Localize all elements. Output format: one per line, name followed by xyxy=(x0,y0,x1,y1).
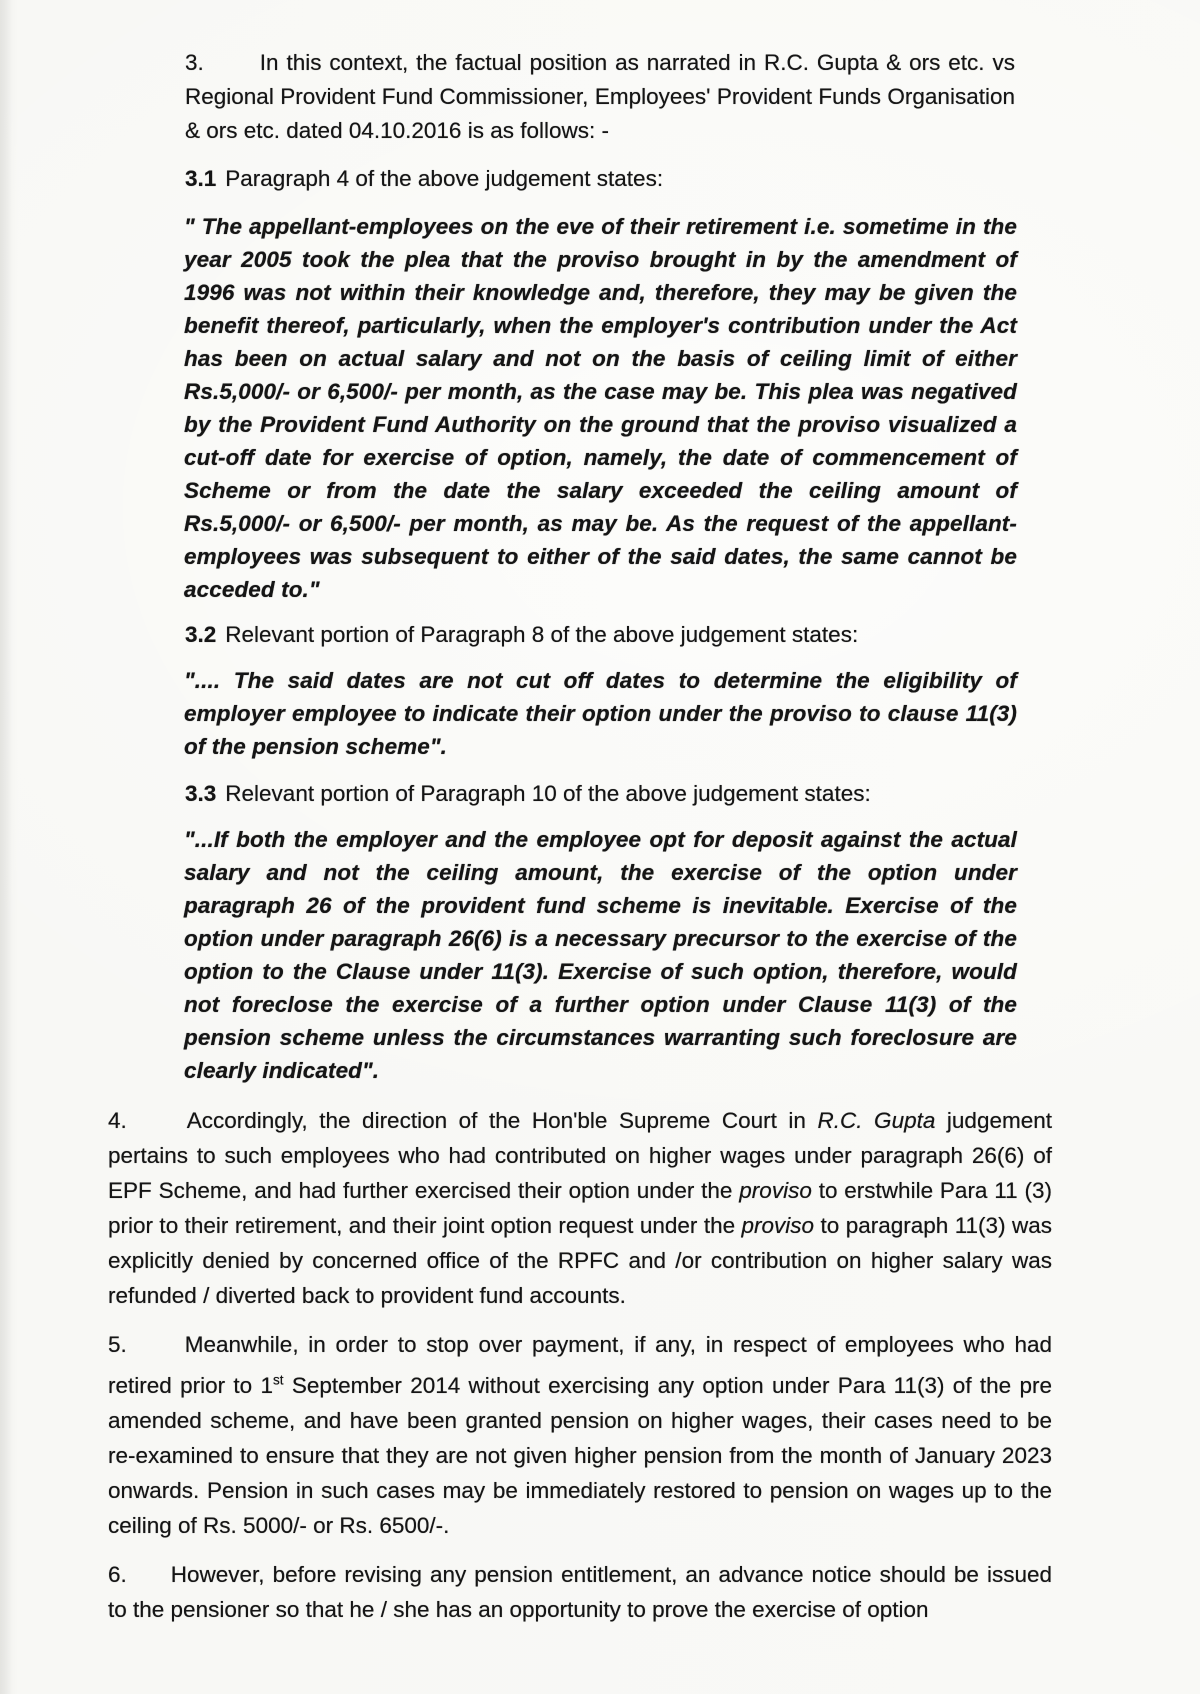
paragraph-5-text: Meanwhile, in order to stop over payment… xyxy=(108,1332,1052,1538)
paragraph-6: 6.However, before revising any pension e… xyxy=(108,1557,1052,1627)
paragraph-4: 4.Accordingly, the direction of the Hon'… xyxy=(108,1103,1052,1313)
paragraph-3-number: 3. xyxy=(185,50,204,75)
paragraph-4-number: 4. xyxy=(108,1108,127,1133)
heading-3-3-label: Relevant portion of Paragraph 10 of the … xyxy=(225,781,870,806)
document-content: 3.In this context, the factual position … xyxy=(0,0,1200,1627)
paragraph-6-text: However, before revising any pension ent… xyxy=(108,1562,1052,1622)
paragraph-6-number: 6. xyxy=(108,1562,127,1587)
paragraph-5-number: 5. xyxy=(108,1332,127,1357)
heading-3-1-number: 3.1 xyxy=(185,166,216,191)
document-page: 3.In this context, the factual position … xyxy=(0,0,1200,1694)
paragraph-5: 5.Meanwhile, in order to stop over payme… xyxy=(108,1327,1052,1543)
quote-judgement-paragraph-10: "...If both the employer and the employe… xyxy=(184,823,1017,1087)
heading-3-1-label: Paragraph 4 of the above judgement state… xyxy=(225,166,663,191)
heading-3-1: 3.1Paragraph 4 of the above judgement st… xyxy=(185,162,1015,196)
heading-3-2-number: 3.2 xyxy=(185,622,216,647)
paragraph-3: 3.In this context, the factual position … xyxy=(185,46,1015,148)
heading-3-2-label: Relevant portion of Paragraph 8 of the a… xyxy=(225,622,858,647)
heading-3-2: 3.2Relevant portion of Paragraph 8 of th… xyxy=(185,618,1015,652)
quote-judgement-paragraph-4: " The appellant-employees on the eve of … xyxy=(184,210,1017,606)
quote-judgement-paragraph-8: ".... The said dates are not cut off dat… xyxy=(184,664,1017,763)
heading-3-3-number: 3.3 xyxy=(185,781,216,806)
heading-3-3: 3.3Relevant portion of Paragraph 10 of t… xyxy=(185,777,1015,811)
paragraph-3-text: In this context, the factual position as… xyxy=(185,50,1015,143)
paragraph-4-text: Accordingly, the direction of the Hon'bl… xyxy=(108,1108,1052,1308)
